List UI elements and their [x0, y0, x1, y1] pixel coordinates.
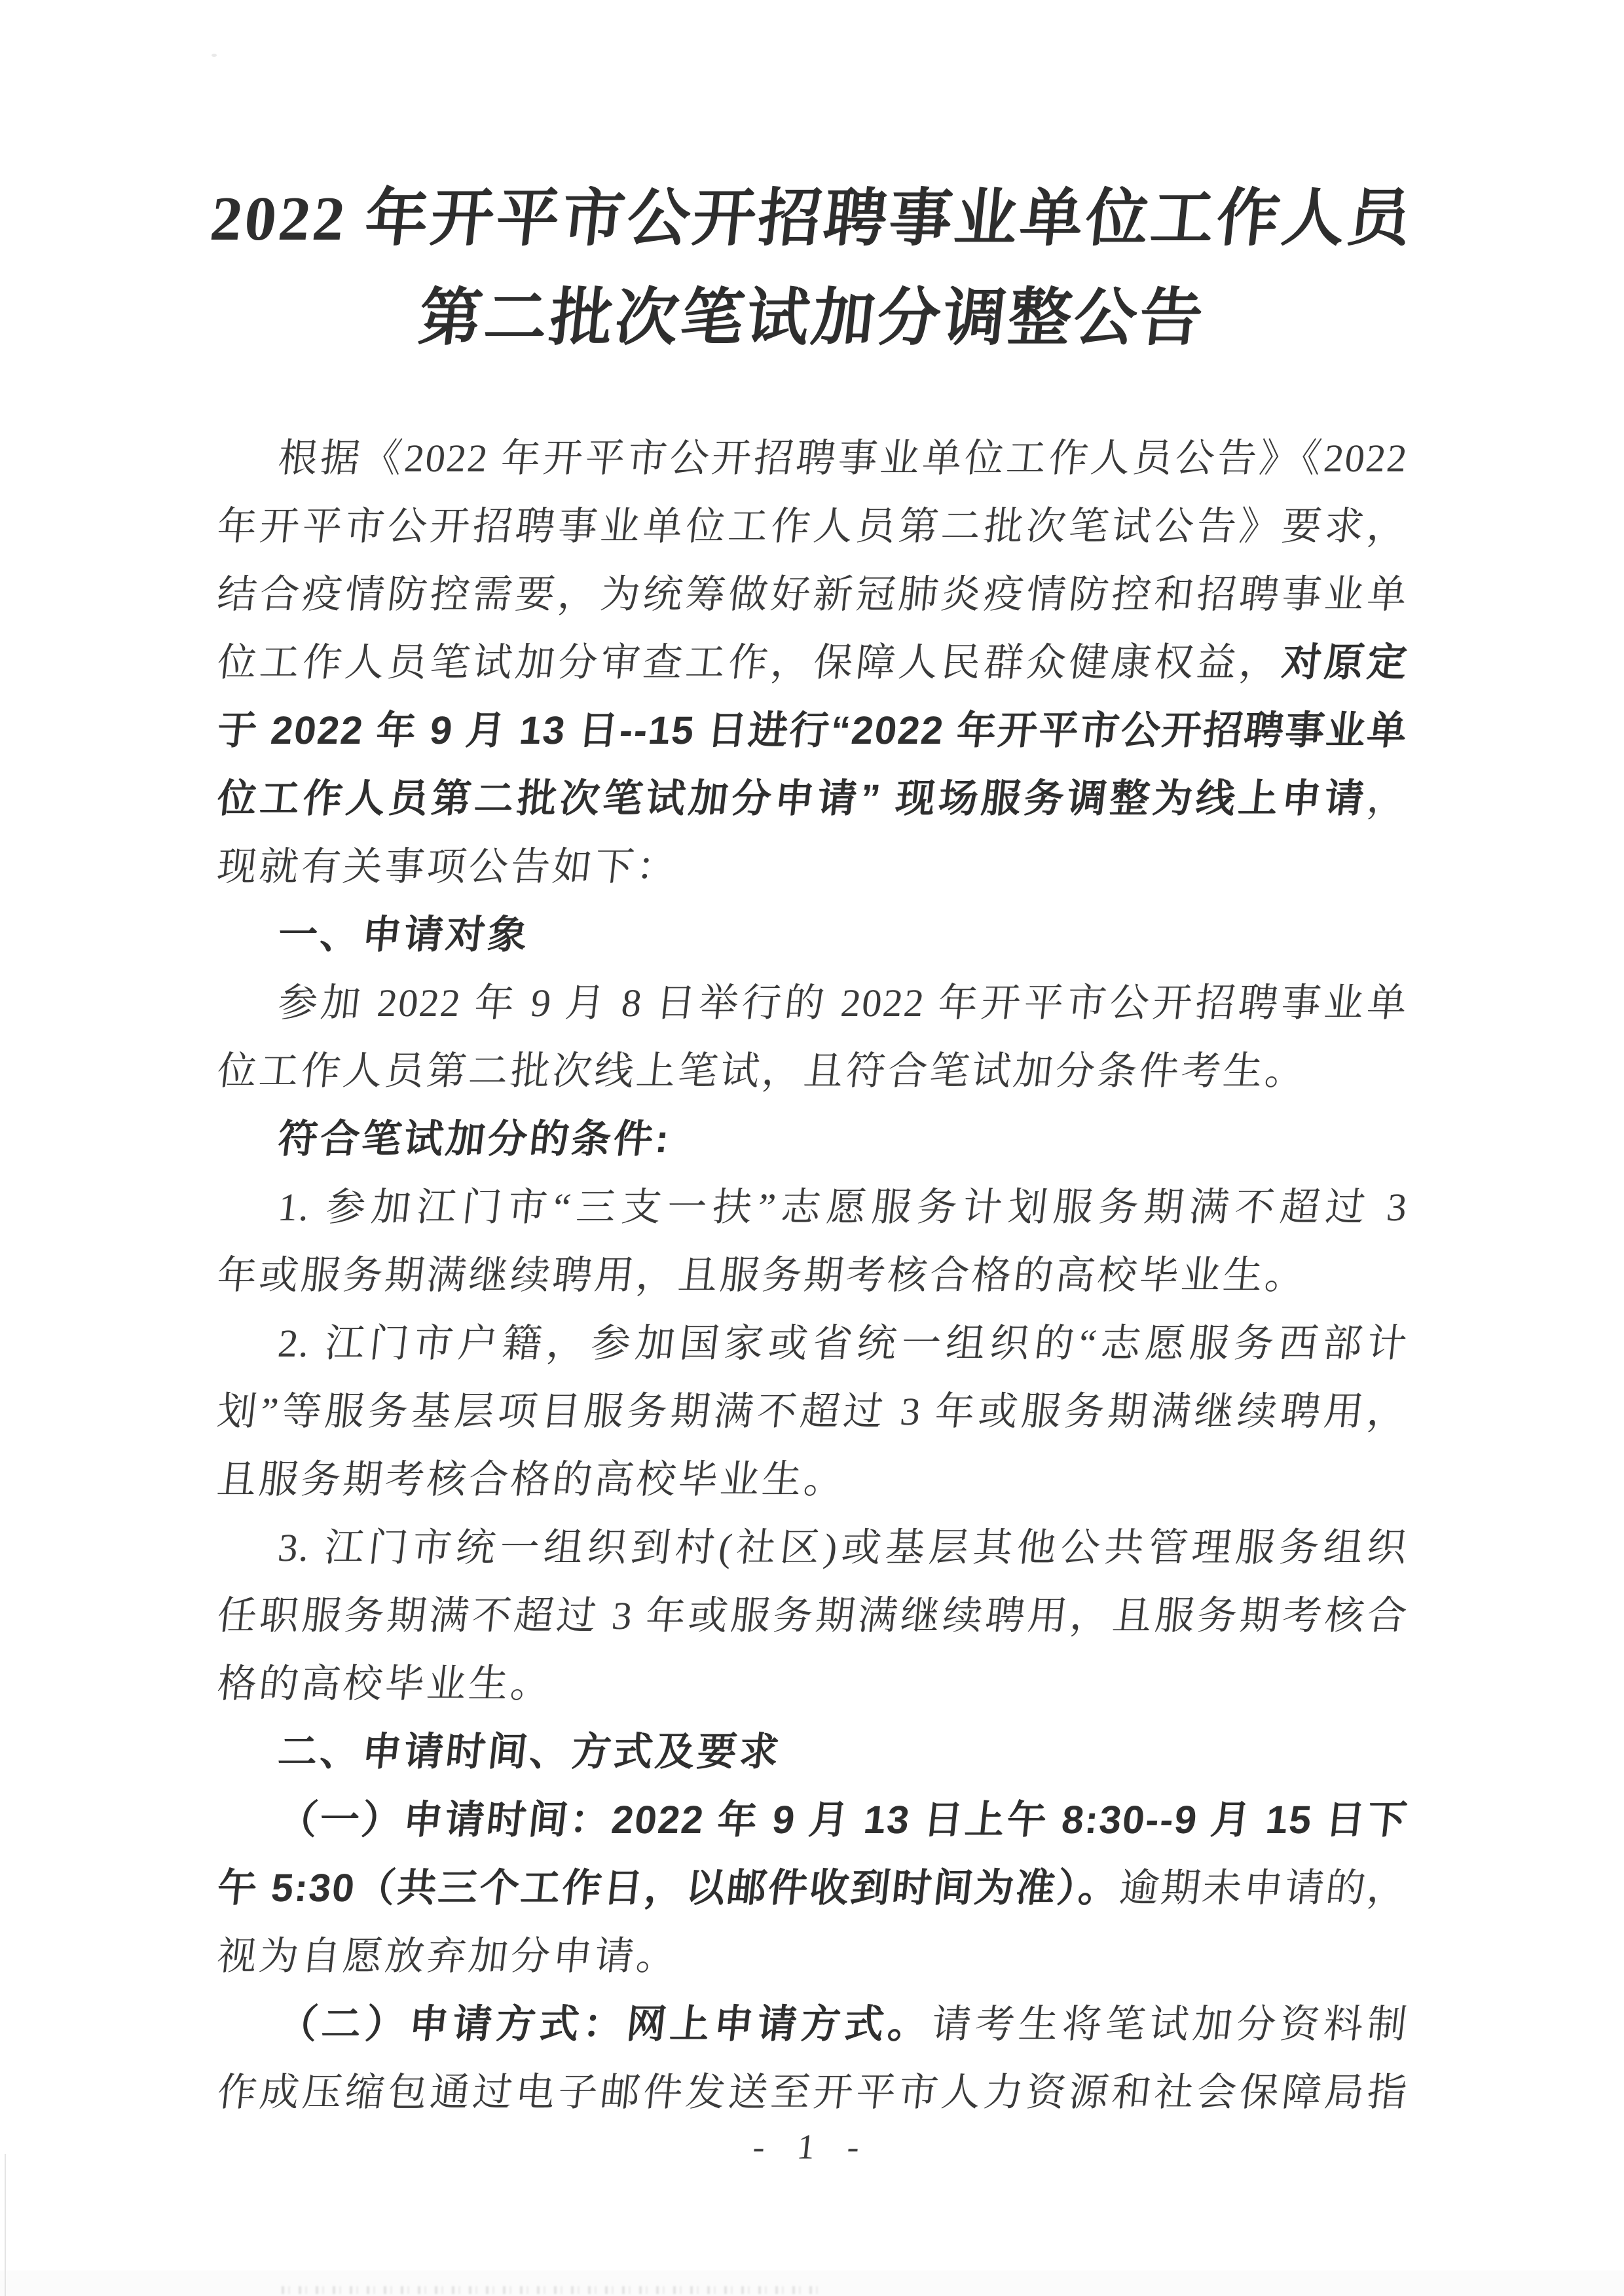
- bold-text-segment: 于 2022 年 9 月 13 日--15 日进行“2022 年开平市公开招聘事…: [215, 708, 1411, 752]
- document-line: 位工作人员第二批次笔试加分申请” 现场服务调整为线上申请，: [214, 765, 1412, 833]
- document-line: 二、申请时间、方式及要求: [214, 1718, 1412, 1786]
- bold-text-segment: 午 5:30（共三个工作日，以邮件收到时间为准）。: [215, 1866, 1122, 1910]
- text-segment: 位工作人员笔试加分审查工作，保障人民群众健康权益，: [215, 641, 1285, 684]
- text-segment: 视为自愿放弃加分申请。: [215, 1935, 681, 1978]
- scanned-document-page: 2022 年开平市公开招聘事业单位工作人员 第二批次笔试加分调整公告 根据《20…: [0, 0, 1624, 2296]
- document-line: 符合笔试加分的条件:: [214, 1105, 1412, 1173]
- document-line: 根据《2022 年开平市公开招聘事业单位工作人员公告》《2022: [214, 424, 1412, 492]
- document-line: 任职服务期满不超过 3 年或服务期满继续聘用，且服务期考核合: [214, 1582, 1412, 1650]
- text-segment: 请考生将笔试加分资料制: [929, 2003, 1410, 2046]
- text-segment: 结合疫情防控需要，为统筹做好新冠肺炎疫情防控和招聘事业单: [215, 573, 1411, 616]
- text-segment: 参加 2022 年 9 月 8 日举行的 2022 年开平市公开招聘事业单: [276, 981, 1411, 1025]
- text-segment: ，: [1365, 777, 1411, 820]
- bold-text-segment: 对原定: [1280, 640, 1410, 684]
- bleed-through-smudge-artifact: [282, 2286, 825, 2294]
- bold-text-segment: 符合笔试加分的条件:: [276, 1117, 674, 1161]
- document-line: 1. 参加江门市“三支一扶”志愿服务计划服务期满不超过 3: [214, 1173, 1412, 1241]
- text-segment: 且服务期考核合格的高校毕业生。: [215, 1458, 849, 1501]
- bold-text-segment: （二）申请方式：网上申请方式。: [276, 2002, 934, 2046]
- text-segment: 作成压缩包通过电子邮件发送至开平市人力资源和社会保障局指: [215, 2071, 1411, 2114]
- document-line: 现就有关事项公告如下：: [214, 833, 1412, 901]
- text-segment: 年或服务期满继续聘用，且服务期考核合格的高校毕业生。: [215, 1254, 1310, 1297]
- bold-text-segment: （一）申请时间：2022 年 9 月 13 日上午 8:30--9 月 15 日…: [276, 1798, 1411, 1842]
- document-line: 年开平市公开招聘事业单位工作人员第二批次笔试公告》要求，: [214, 492, 1412, 560]
- document-line: 位工作人员第二批次线上笔试，且符合笔试加分条件考生。: [214, 1037, 1412, 1105]
- document-line: 视为自愿放弃加分申请。: [214, 1922, 1412, 1990]
- document-line: 且服务期考核合格的高校毕业生。: [214, 1446, 1412, 1514]
- scan-speck-artifact: [212, 54, 217, 57]
- bold-text-segment: 位工作人员第二批次笔试加分申请” 现场服务调整为线上申请: [215, 776, 1370, 820]
- text-segment: 2. 江门市户籍，参加国家或省统一组织的“志愿服务西部计: [276, 1322, 1411, 1365]
- document-line: （二）申请方式：网上申请方式。请考生将笔试加分资料制: [214, 1990, 1412, 2058]
- bold-text-segment: 一、申请对象: [276, 913, 532, 957]
- scan-edge-line-artifact: [5, 2154, 6, 2296]
- text-segment: 年开平市公开招聘事业单位工作人员第二批次笔试公告》要求，: [215, 505, 1411, 548]
- text-segment: 格的高校毕业生。: [215, 1662, 555, 1705]
- document-title: 2022 年开平市公开招聘事业单位工作人员 第二批次笔试加分调整公告: [0, 169, 1624, 368]
- document-line: 位工作人员笔试加分审查工作，保障人民群众健康权益，对原定: [214, 629, 1412, 697]
- document-line: 划”等服务基层项目服务期满不超过 3 年或服务期满继续聘用，: [214, 1377, 1412, 1446]
- document-line: 结合疫情防控需要，为统筹做好新冠肺炎疫情防控和招聘事业单: [214, 560, 1412, 629]
- text-segment: 根据《2022 年开平市公开招聘事业单位工作人员公告》《2022: [276, 437, 1411, 480]
- text-segment: 现就有关事项公告如下：: [215, 845, 681, 888]
- text-segment: 逾期未申请的，: [1118, 1867, 1411, 1910]
- document-line: 3. 江门市统一组织到村(社区)或基层其他公共管理服务组织: [214, 1514, 1412, 1582]
- document-line: 午 5:30（共三个工作日，以邮件收到时间为准）。逾期未申请的，: [214, 1854, 1412, 1922]
- document-line: 于 2022 年 9 月 13 日--15 日进行“2022 年开平市公开招聘事…: [214, 697, 1412, 765]
- text-segment: 划”等服务基层项目服务期满不超过 3 年或服务期满继续聘用，: [215, 1390, 1411, 1433]
- text-segment: 任职服务期满不超过 3 年或服务期满继续聘用，且服务期考核合: [215, 1594, 1411, 1637]
- bold-text-segment: 二、申请时间、方式及要求: [276, 1730, 784, 1774]
- document-line: 格的高校毕业生。: [214, 1650, 1412, 1718]
- document-line: 年或服务期满继续聘用，且服务期考核合格的高校毕业生。: [214, 1241, 1412, 1309]
- document-line: 一、申请对象: [214, 901, 1412, 969]
- document-line: 2. 江门市户籍，参加国家或省统一组织的“志愿服务西部计: [214, 1309, 1412, 1377]
- page-number: - 1 -: [0, 2124, 1624, 2170]
- text-segment: 1. 参加江门市“三支一扶”志愿服务计划服务期满不超过 3: [276, 1186, 1411, 1229]
- document-title-line-2: 第二批次笔试加分调整公告: [0, 268, 1624, 368]
- document-title-line-1: 2022 年开平市公开招聘事业单位工作人员: [0, 169, 1624, 268]
- document-line: 参加 2022 年 9 月 8 日举行的 2022 年开平市公开招聘事业单: [214, 969, 1412, 1037]
- text-segment: 3. 江门市统一组织到村(社区)或基层其他公共管理服务组织: [276, 1526, 1411, 1569]
- document-body: 根据《2022 年开平市公开招聘事业单位工作人员公告》《2022年开平市公开招聘…: [217, 424, 1408, 2126]
- document-line: （一）申请时间：2022 年 9 月 13 日上午 8:30--9 月 15 日…: [214, 1786, 1412, 1854]
- text-segment: 位工作人员第二批次线上笔试，且符合笔试加分条件考生。: [215, 1049, 1310, 1093]
- document-line: 作成压缩包通过电子邮件发送至开平市人力资源和社会保障局指: [214, 2058, 1412, 2126]
